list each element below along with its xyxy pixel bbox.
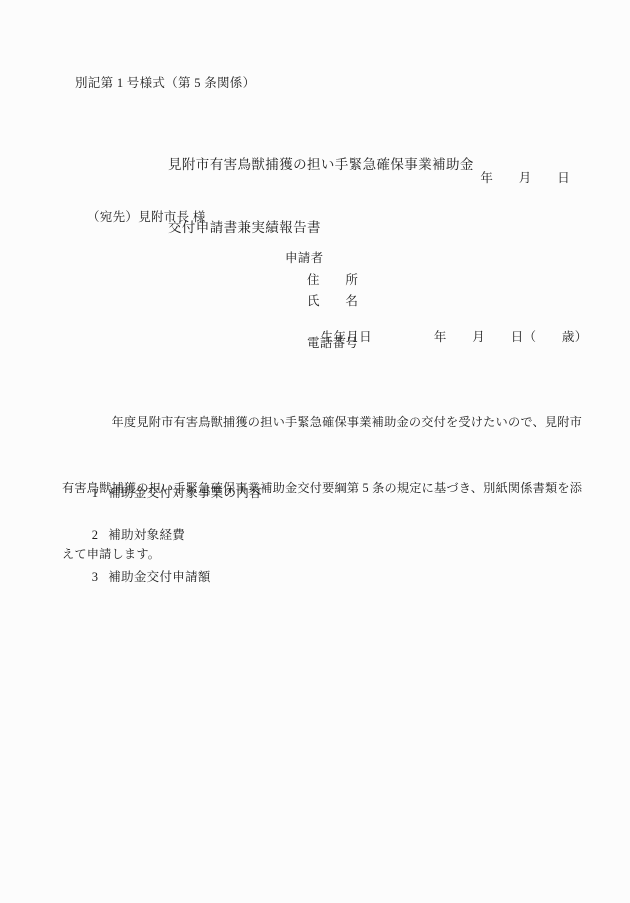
applicant-address-label: 住 所 [307, 273, 358, 288]
title-line-1: 見附市有害鳥獣捕獲の担い手緊急確保事業補助金 [168, 154, 474, 175]
section-3-number: 3 [92, 570, 99, 584]
addressee: （宛先）見附市長 様 [87, 210, 206, 225]
applicant-birthdate-blanks: 年 月 日（ 歳） [434, 330, 588, 344]
statement-line-1: 年度見附市有害鳥獣捕獲の担い手緊急確保事業補助金の交付を受けたいので、見附市 [62, 411, 582, 433]
applicant-name-label: 氏 名 [307, 294, 358, 309]
section-1-label: 補助金交付対象事業の内容 [108, 486, 262, 500]
section-item-2: 2補助対象経費 [78, 513, 185, 558]
document-page: 別記第 1 号様式（第 5 条関係） 見附市有害鳥獣捕獲の担い手緊急確保事業補助… [0, 0, 630, 903]
section-item-1: 1補助金交付対象事業の内容 [78, 471, 262, 516]
section-1-number: 1 [92, 486, 99, 500]
section-2-label: 補助対象経費 [108, 528, 185, 542]
applicant-phone-label: 電話番号 [307, 336, 358, 351]
section-3-label: 補助金交付申請額 [108, 570, 210, 584]
section-item-3: 3補助金交付申請額 [78, 555, 211, 600]
form-number: 別記第 1 号様式（第 5 条関係） [75, 76, 255, 91]
section-2-number: 2 [92, 528, 99, 542]
date-line: 年 月 日 [480, 171, 570, 186]
applicant-heading: 申請者 [285, 251, 323, 266]
title-line-2: 交付申請書兼実績報告書 [168, 217, 474, 238]
